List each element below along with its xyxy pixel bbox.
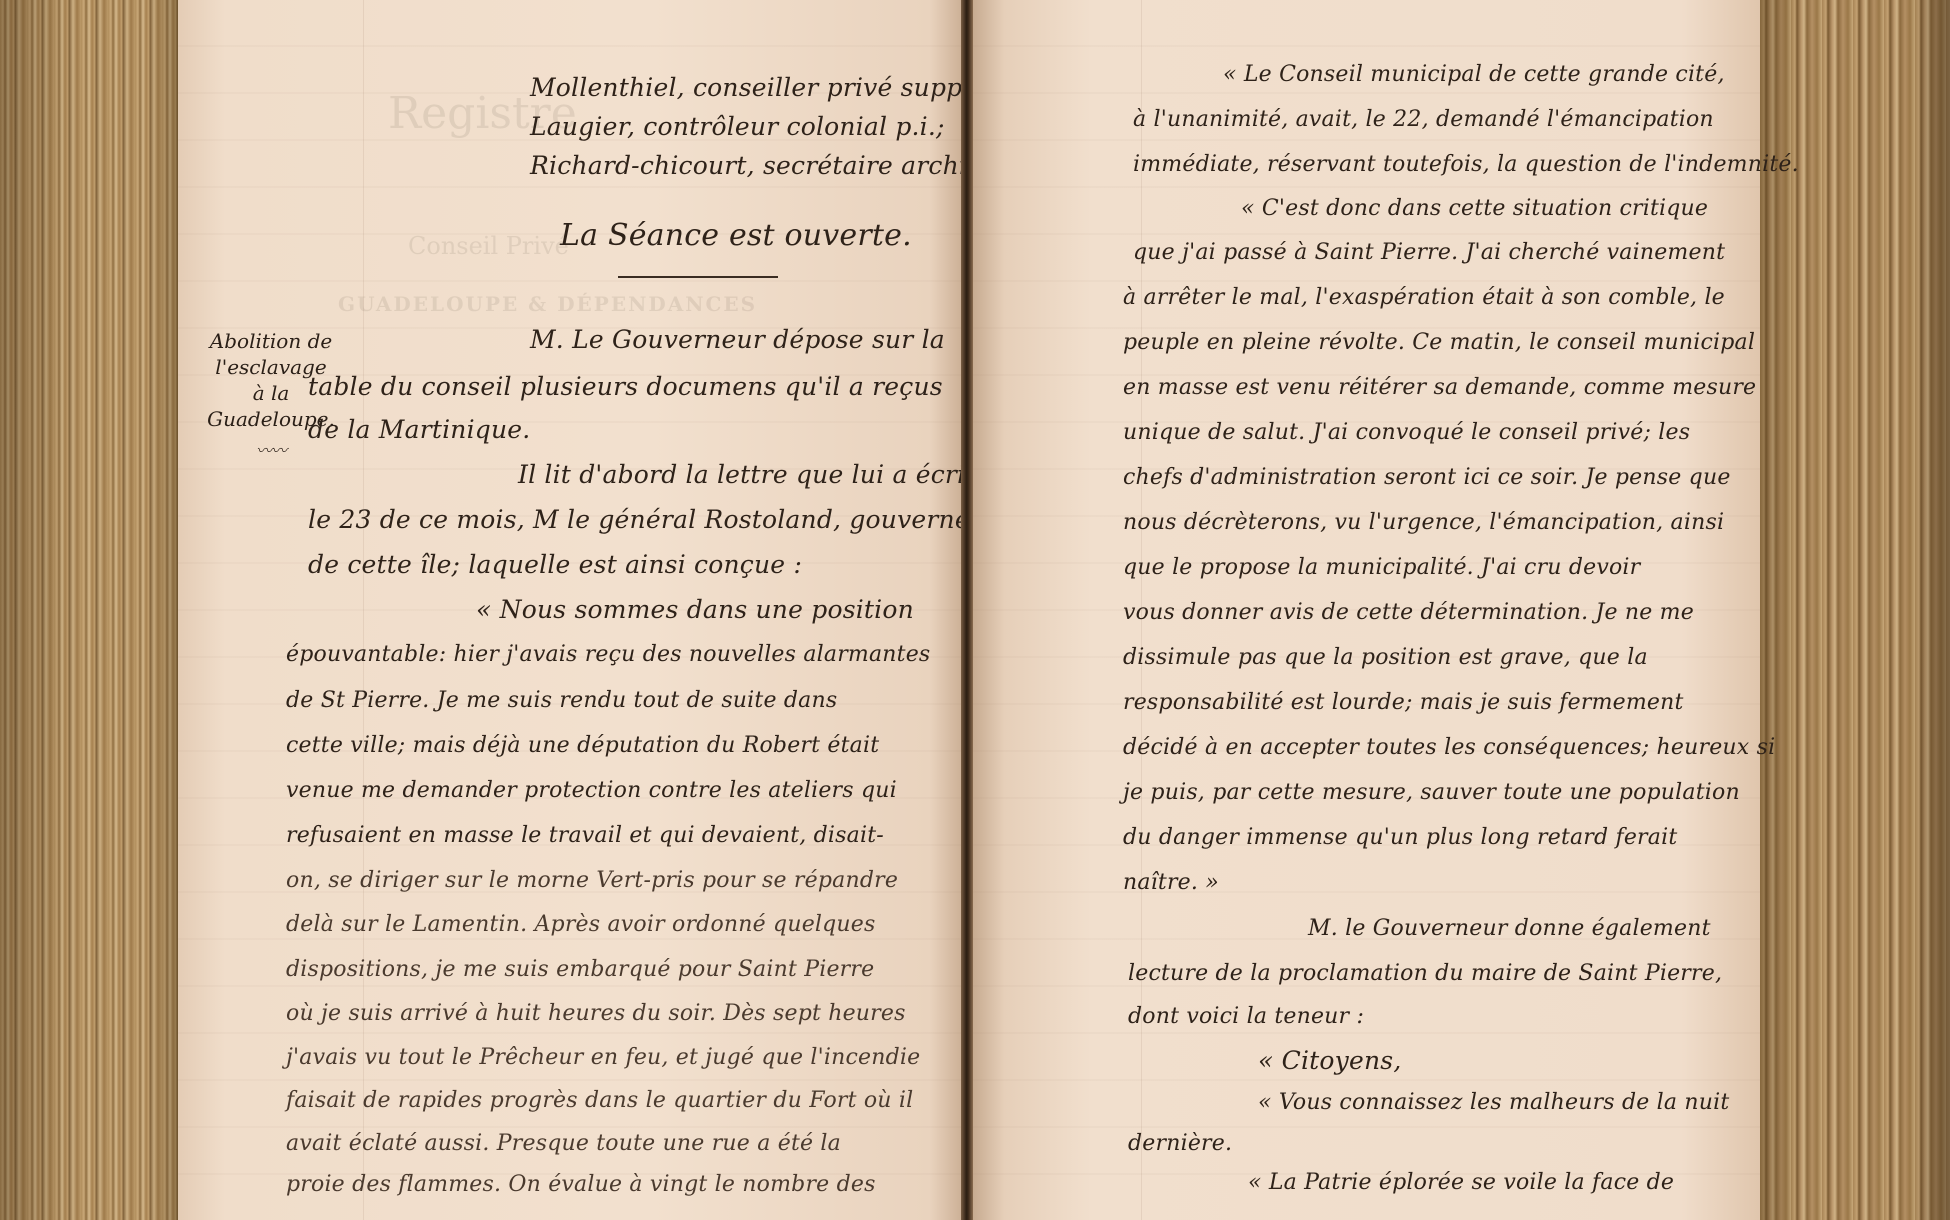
text-line: où je suis arrivé à huit heures du soir.…	[286, 1001, 906, 1026]
attendee-line: Mollenthiel, conseiller privé suppléant;	[530, 73, 1036, 102]
text-line: je puis, par cette mesure, sauver toute …	[1123, 780, 1740, 805]
right-page: « Le Conseil municipal de cette grande c…	[973, 0, 1760, 1220]
text-line: de cette île; laquelle est ainsi conçue …	[308, 550, 802, 579]
text-line: j'avais vu tout le Prêcheur en feu, et j…	[286, 1045, 920, 1070]
text-line: faisait de rapides progrès dans le quart…	[286, 1088, 913, 1113]
margin-rule	[363, 0, 364, 1220]
proclamation-salutation: « Citoyens,	[1258, 1046, 1401, 1075]
text-line: chefs d'administration seront ici ce soi…	[1123, 465, 1731, 490]
attendee-line: Richard-chicourt, secrétaire archiviste	[530, 151, 1028, 180]
right-page-stack-edge	[1760, 0, 1950, 1220]
margin-annotation-line: Abolition de	[196, 328, 346, 354]
session-opening: La Séance est ouverte.	[560, 218, 912, 253]
book-gutter	[961, 0, 973, 1220]
text-line: le 23 de ce mois, M le général Rostoland…	[308, 505, 998, 534]
text-line: peuple en pleine révolte. Ce matin, le c…	[1123, 330, 1755, 355]
text-line: que le propose la municipalité. J'ai cru…	[1123, 555, 1640, 580]
section-divider	[618, 276, 778, 278]
text-line: M. le Gouverneur donne également	[1308, 916, 1711, 941]
left-page-stack-edge	[0, 0, 178, 1220]
attendee-line: Laugier, contrôleur colonial p.i.;	[530, 112, 945, 141]
text-line: en masse est venu réitérer sa demande, c…	[1123, 375, 1756, 400]
text-line: table du conseil plusieurs documens qu'i…	[308, 372, 943, 401]
text-line: « Nous sommes dans une position	[476, 595, 914, 624]
bleed-through-subtitle: GUADELOUPE & DÉPENDANCES	[338, 292, 757, 316]
text-line: de la Martinique.	[308, 415, 530, 444]
text-line: immédiate, réservant toutefois, la quest…	[1133, 152, 1799, 177]
text-line: « Le Conseil municipal de cette grande c…	[1223, 62, 1725, 87]
text-line: dernière.	[1128, 1131, 1232, 1156]
left-page: Registre GUADELOUPE & DÉPENDANCES Consei…	[178, 0, 961, 1220]
text-line: cette ville; mais déjà une députation du…	[286, 733, 879, 758]
text-line: « C'est donc dans cette situation critiq…	[1241, 196, 1708, 221]
text-line: à arrêter le mal, l'exaspération était à…	[1123, 285, 1725, 310]
bleed-through-caption: Conseil Privé	[408, 232, 569, 260]
text-line: M. Le Gouverneur dépose sur la	[530, 325, 945, 354]
text-line: responsabilité est lourde; mais je suis …	[1123, 690, 1684, 715]
text-line: refusaient en masse le travail et qui de…	[286, 823, 884, 848]
text-line: décidé à en accepter toutes les conséque…	[1123, 735, 1775, 760]
text-line: Il lit d'abord la lettre que lui a écrit…	[518, 460, 999, 489]
text-line: que j'ai passé à Saint Pierre. J'ai cher…	[1133, 240, 1725, 265]
text-line: dont voici la teneur :	[1128, 1004, 1364, 1029]
text-line: du danger immense qu'un plus long retard…	[1123, 825, 1677, 850]
text-line: « La Patrie éplorée se voile la face de	[1248, 1170, 1674, 1195]
text-line: épouvantable: hier j'avais reçu des nouv…	[286, 642, 930, 667]
text-line: on, se diriger sur le morne Vert-pris po…	[286, 868, 898, 893]
text-line: vous donner avis de cette détermination.…	[1123, 600, 1694, 625]
text-line: proie des flammes. On évalue à vingt le …	[286, 1172, 876, 1197]
text-line: lecture de la proclamation du maire de S…	[1128, 961, 1722, 986]
text-line: unique de salut. J'ai convoqué le consei…	[1123, 420, 1690, 445]
text-line: delà sur le Lamentin. Après avoir ordonn…	[286, 912, 876, 937]
text-line: à l'unanimité, avait, le 22, demandé l'é…	[1133, 107, 1714, 132]
text-line: avait éclaté aussi. Presque toute une ru…	[286, 1131, 841, 1156]
text-line: dissimule pas que la position est grave,…	[1123, 645, 1648, 670]
text-line: venue me demander protection contre les …	[286, 778, 897, 803]
text-line: de St Pierre. Je me suis rendu tout de s…	[286, 688, 837, 713]
text-line: nous décrèterons, vu l'urgence, l'émanci…	[1123, 510, 1724, 535]
text-line: « Vous connaissez les malheurs de la nui…	[1258, 1090, 1729, 1115]
text-line: dispositions, je me suis embarqué pour S…	[286, 957, 874, 982]
text-line: naître. »	[1123, 870, 1219, 895]
